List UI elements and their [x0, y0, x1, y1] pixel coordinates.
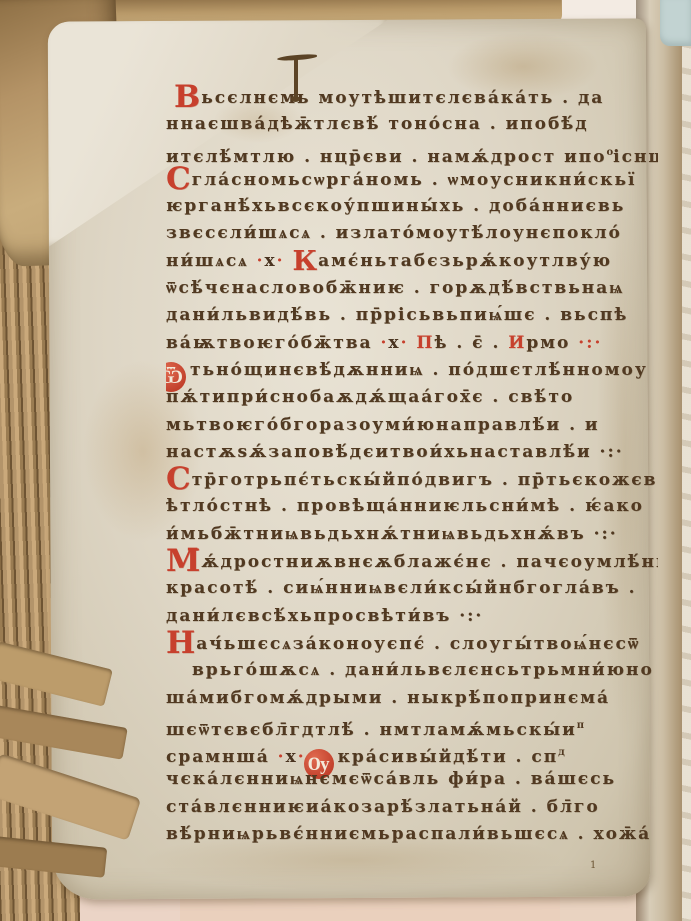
- manuscript-line: врьго́шѫсѧ . дани́львєлєнсьтрьмни́юно: [166, 657, 658, 684]
- manuscript-text-block: Вьсєлнємь моутѣшитєлєва́ка́ть . даннаєшв…: [166, 84, 658, 848]
- manuscript-line: мьтвоѥго́б̄горазоуми́юнаправлѣ́и . и: [166, 412, 658, 439]
- rubric-ornament: ·: [277, 251, 293, 271]
- ink-text: срамнша́: [166, 747, 278, 767]
- rubric-ornament: ·:·: [578, 333, 602, 353]
- ink-text: ѣ . є̄ .: [434, 333, 508, 353]
- manuscript-line: ша́миб̄гомѫ́дрыми . ныкрѣ́попринєма́: [166, 685, 658, 712]
- manuscript-line: Нач́ьшєсѧза́коноуєпє́ . слоугы́твоѩ́нєсѿ: [166, 630, 658, 657]
- ink-text: кра́сивы́йдѣ́ти . сп: [338, 747, 559, 767]
- manuscript-line: ни́шѧсѧ ·х· Камє́ньтабєзьрѫ́коутлву́ю: [166, 248, 658, 275]
- rubric-initial: М̄: [166, 543, 201, 579]
- ink-text: чєка́лєнниѩнємєѿса́вль фи́ра . ва́шєсь: [166, 769, 616, 789]
- manuscript-line: ста́влєнниѥиа́козарѣ́златьна́й . бл̄го: [166, 794, 658, 821]
- manuscript-photo: Вьсєлнємь моутѣшитєлєва́ка́ть . даннаєшв…: [0, 0, 691, 921]
- pen-flourish: [294, 58, 298, 100]
- rubric-initial: С: [166, 461, 192, 497]
- rubric-ornament: х: [388, 333, 400, 353]
- ink-text: врьго́шѫсѧ . дани́львєлєнсьтрьмни́юно: [192, 660, 654, 680]
- manuscript-line: дани́львидѣ́вь . пр̄рісьвьпиѩ́шє . вьспѣ: [166, 302, 658, 329]
- ink-text: ѥрганѣ́хьвсєкоу́пшины́хь . доба́нниєвь: [166, 196, 625, 216]
- manuscript-line: срамнша́ ·х· Ѹкра́сивы́йдѣ́ти . спд: [166, 739, 658, 766]
- ink-text: ша́миб̄гомѫ́дрыми . ныкрѣ́попринєма́: [166, 688, 610, 708]
- manuscript-line: шєѿтєвєбл̄гдтлѣ́ . нмтламѫ́мьскы́ип: [166, 712, 658, 739]
- manuscript-line: Стр̄готрьпє́тьскы́йпо́двигъ . пр̄тьєкожє…: [166, 466, 658, 493]
- rubric-ornament: х: [286, 747, 298, 767]
- ink-text: ва́ѭтвоѥго́бж̄тва: [166, 333, 381, 353]
- manuscript-line: Ѿтьно́щинєвѣ́дѫнниѩ . по́дшєтлѣ́нномоу: [166, 357, 658, 384]
- ink-text: дани́лєвсѣ́хьпросвѣти́въ ·:·: [166, 606, 483, 626]
- ink-text: існщ: [613, 147, 658, 167]
- ink-text: ннаєшва́дѣж̄тлєвѣ́ тоно́сна . ипобѣ́д: [166, 114, 589, 134]
- manuscript-line: красотѣ́ . сиѩ́нниѩвєли́ксы́йнб̄гогла́въ…: [166, 575, 658, 602]
- manuscript-line: М̄ѫ́дростниѫвнєѫблажє́нє . пачєоумлѣ́нит…: [166, 548, 658, 575]
- ink-text: амє́ньтабєзьрѫ́коутлву́ю: [318, 251, 612, 271]
- ink-text: ѿсѣ́чєнасловобж̄ниѥ . горѫдѣ́вствьнаѩ: [166, 278, 624, 298]
- ink-text: шєѿтєвєбл̄гдтлѣ́ . нмтламѫ́мьскы́и: [166, 720, 577, 740]
- manuscript-line: ннаєшва́дѣж̄тлєвѣ́ тоно́сна . ипобѣ́д: [166, 111, 658, 138]
- rubric-ornament: ·: [278, 747, 286, 767]
- manuscript-line: звєсєли́шѧсѧ . излато́моутѣ́лоунєпокло́: [166, 220, 658, 247]
- manuscript-line: пѫ́типри́снобаѫдѫ́щаа́гох̄є . свѣ́то: [166, 384, 658, 411]
- manuscript-line: настѫѕѫ́заповѣ́дєитвои́хьнаставлѣ́и ·:·: [166, 439, 658, 466]
- rubric-text: И: [508, 333, 526, 353]
- ink-text: и́мьбж̄тниѩвьдьхнѫ́тниѩвьдьхнѫ́въ ·:·: [166, 524, 618, 544]
- manuscript-line: ѣтло́стнѣ . провѣща́нниѥльсни́мѣ . ѥ́ако: [166, 493, 658, 520]
- ink-text: ни́шѧсѧ: [166, 251, 257, 271]
- ink-text: рмо: [526, 333, 578, 353]
- manuscript-line: ва́ѭтвоѥго́бж̄тва ·х· Пѣ . є̄ . Ирмо ·:·: [166, 330, 658, 357]
- ink-text: дани́львидѣ́вь . пр̄рісьвьпиѩ́шє . вьспѣ: [166, 305, 628, 325]
- manuscript-line: и́мьбж̄тниѩвьдьхнѫ́тниѩвьдьхнѫ́въ ·:·: [166, 521, 658, 548]
- ink-text: настѫѕѫ́заповѣ́дєитвои́хьнаставлѣ́и ·:·: [166, 442, 624, 462]
- rubric-initial: К: [293, 246, 319, 277]
- manuscript-line: ѥрганѣ́хьвсєкоу́пшины́хь . доба́нниєвь: [166, 193, 658, 220]
- manuscript-line: ѿсѣ́чєнасловобж̄ниѥ . горѫдѣ́вствьнаѩ: [166, 275, 658, 302]
- ink-text: гла́сномьсѡрга́номь . ѡмоусникни́скьї: [192, 170, 637, 190]
- rubric-ornament: ·: [257, 251, 265, 271]
- rubric-ornament: ·: [401, 333, 417, 353]
- ink-text: ѣтло́стнѣ . провѣща́нниѥльсни́мѣ . ѥ́ако: [166, 496, 644, 516]
- ink-text: пѫ́типри́снобаѫдѫ́щаа́гох̄є . свѣ́то: [166, 387, 574, 407]
- ink-text: тр̄готрьпє́тьскы́йпо́двигъ . пр̄тьєкожєв: [192, 470, 658, 490]
- manuscript-line: вѣ́рниѩрьвє́нниємьраспали́вьшєсѧ . хож̄а…: [166, 821, 658, 848]
- ink-text: ач́ьшєсѧза́коноуєпє́ . слоугы́твоѩ́нєсѿ: [196, 634, 640, 654]
- ink-text: мьтвоѥго́б̄горазоуми́юнаправлѣ́и . и: [166, 415, 600, 435]
- manuscript-line: чєка́лєнниѩнємєѿса́вль фи́ра . ва́шєсь: [166, 766, 658, 793]
- ink-text: моутѣшитєлєва́ка́ть . да: [318, 88, 604, 108]
- rubric-initial: С: [166, 161, 192, 197]
- ink-text: ѫ́дростниѫвнєѫблажє́нє . пачєоумлѣ́нити: [201, 552, 658, 572]
- backdrop-blue-patch: [660, 0, 691, 46]
- rubric-ornament: х: [265, 251, 277, 271]
- ink-text: итєлѣ́мтлю . нцр̄єви . намѫ́дрост ипо: [166, 147, 606, 167]
- superscript-letter: п: [577, 720, 584, 731]
- rubric-text: П: [416, 333, 434, 353]
- manuscript-line: Вьсєлнємь моутѣшитєлєва́ка́ть . да: [166, 84, 658, 111]
- superscript-letter: д: [558, 747, 565, 758]
- ink-text: тьно́щинєвѣ́дѫнниѩ . по́дшєтлѣ́нномоу: [190, 360, 648, 380]
- manuscript-line: Сгла́сномьсѡрга́номь . ѡмоусникни́скьї: [166, 166, 658, 193]
- ink-text: красотѣ́ . сиѩ́нниѩвєли́ксы́йнб̄гогла́въ…: [166, 578, 637, 598]
- ink-text: ста́влєнниѥиа́козарѣ́златьна́й . бл̄го: [166, 797, 600, 817]
- manuscript-line: дани́лєвсѣ́хьпросвѣти́въ ·:·: [166, 603, 658, 630]
- ink-text: звєсєли́шѧсѧ . излато́моутѣ́лоунєпокло́: [166, 223, 622, 243]
- rubric-initial: Н: [166, 625, 196, 661]
- manuscript-line: итєлѣ́мтлю . нцр̄єви . намѫ́дрост ипооіс…: [166, 139, 658, 166]
- folio-mark: 1: [590, 860, 596, 871]
- ink-text: вѣ́рниѩрьвє́нниємьраспали́вьшєсѧ . хож̄а…: [166, 824, 651, 844]
